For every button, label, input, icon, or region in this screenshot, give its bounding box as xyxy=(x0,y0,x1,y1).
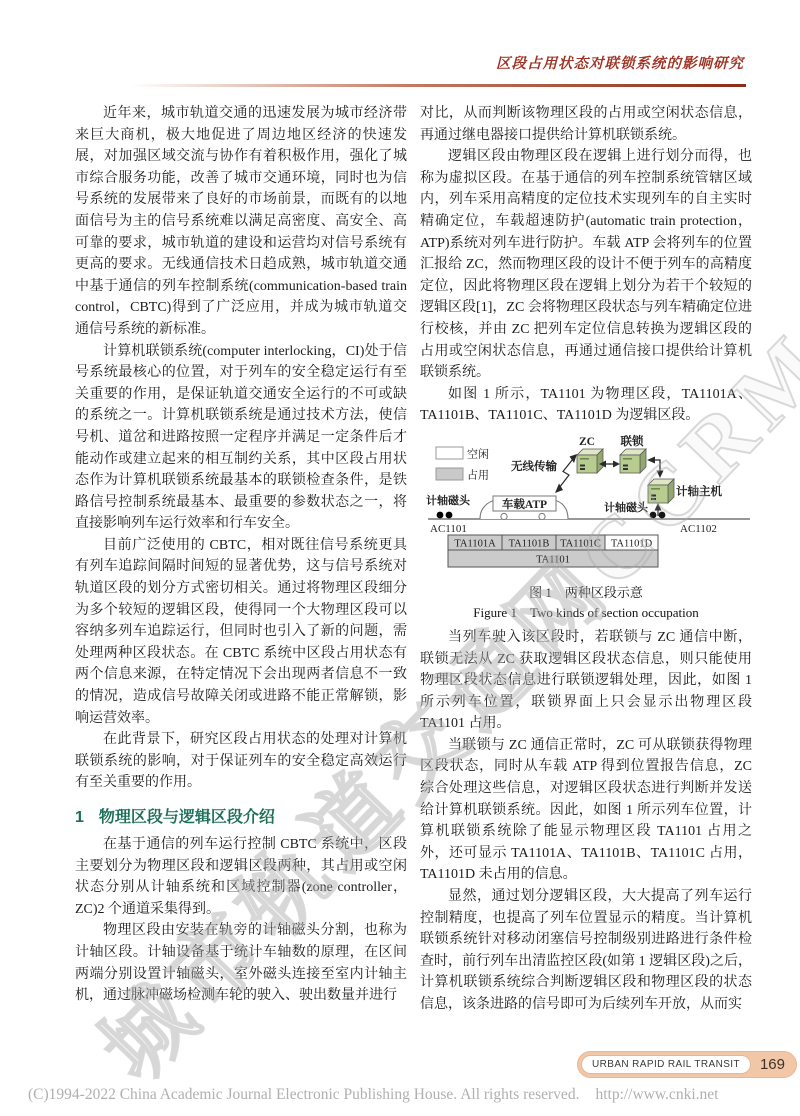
paragraph: 逻辑区段由物理区段在逻辑上进行划分而得，也称为虚拟区段。在基于通信的列车控制系统… xyxy=(420,146,752,384)
axle-head-dots xyxy=(650,512,657,519)
figure-caption-en: Figure 1 Two kinds of section occupation xyxy=(420,603,752,623)
paragraph: 显然，通过划分逻辑区段，大大提高了列车运行控制精度，也提高了列车位置显示的精度。… xyxy=(420,886,752,1016)
paragraph: 物理区段由安装在轨旁的计轴磁头分割，也称为计轴区段。计轴设备基于统计车轴数的原理… xyxy=(75,920,407,1006)
legend-occupied-label: 占用 xyxy=(467,467,489,481)
journal-name: URBAN RAPID RAIL TRANSIT xyxy=(581,1055,751,1074)
section-heading: 1物理区段与逻辑区段介绍 xyxy=(75,804,407,827)
section-number: 1 xyxy=(75,809,84,826)
axle-host-server-icon xyxy=(648,479,674,503)
legend-occupied-swatch xyxy=(436,468,463,480)
header-rule xyxy=(130,84,746,87)
physical-section-label: TA1101 xyxy=(536,554,570,565)
axle-head-dots xyxy=(446,512,453,519)
journal-badge: URBAN RAPID RAIL TRANSIT 169 xyxy=(577,1051,797,1078)
onboard-atp-label: 车载ATP xyxy=(502,497,547,511)
axle-head-left-label: 计轴磁头 xyxy=(426,493,471,507)
logical-section-label: TA1101C xyxy=(560,538,601,549)
train-wheel-icon xyxy=(539,513,545,519)
train-wheel-icon xyxy=(501,513,507,519)
zc-server-icon xyxy=(577,449,603,473)
axle-head-right-label: 计轴磁头 xyxy=(604,500,649,514)
paragraph: 在基于通信的列车运行控制 CBTC 系统中，区段主要划分为物理区段和逻辑区段两种… xyxy=(75,834,407,920)
paragraph: 目前广泛使用的 CBTC，相对既往信号系统更具有列车追踪间隔时间短的显著优势，这… xyxy=(75,535,407,729)
paragraph: 当联锁与 ZC 通信正常时，ZC 可从联锁获得物理区段状态，同时从车载 ATP … xyxy=(420,735,752,886)
arrowhead xyxy=(657,470,664,478)
arrowhead xyxy=(655,503,662,511)
axle-head-dots xyxy=(659,512,666,519)
zc-label: ZC xyxy=(579,436,595,448)
axle-host-label: 计轴主机 xyxy=(676,484,722,498)
page: 区段占用状态对联锁系统的影响研究 城市轨道交通网CCRM 近年来，城市轨道交通的… xyxy=(0,0,800,1116)
figure-caption-zh: 图 1 两种区段示意 xyxy=(420,583,752,603)
running-title: 区段占用状态对联锁系统的影响研究 xyxy=(496,52,744,73)
axle-head-dots xyxy=(437,512,444,519)
section-title: 物理区段与逻辑区段介绍 xyxy=(99,809,275,826)
left-column: 近年来，城市轨道交通的迅速发展为城市经济带来巨大商机，极大地促进了周边地区经济的… xyxy=(75,103,407,1007)
legend-free-label: 空闲 xyxy=(467,446,489,460)
paragraph: 在此背景下，研究区段占用状态的处理对计算机联锁系统的影响，对于保证列车的安全稳定… xyxy=(75,729,407,794)
ac-left-label: AC1101 xyxy=(430,523,467,535)
interlocking-server-icon xyxy=(620,449,646,473)
logical-section-label: TA1101B xyxy=(509,538,550,549)
paragraph: 对比，从而判断该物理区段的占用或空闲状态信息，再通过继电器接口提供给计算机联锁系… xyxy=(420,103,752,146)
copyright-text: (C)1994-2022 China Academic Journal Elec… xyxy=(28,1086,579,1103)
arrowhead xyxy=(647,456,655,463)
logical-section-label: TA1101D xyxy=(611,538,653,549)
paragraph: 如图 1 所示，TA1101 为物理区段，TA1101A、TA1101B、TA1… xyxy=(420,384,752,427)
legend-free-swatch xyxy=(436,447,463,459)
interlocking-label: 联锁 xyxy=(621,434,644,448)
footer-url: http://www.cnki.net xyxy=(595,1086,718,1103)
paragraph: 计算机联锁系统(computer interlocking，CI)处于信号系统最… xyxy=(75,341,407,535)
wireless-label: 无线传输 xyxy=(511,459,557,473)
right-column: 对比，从而判断该物理区段的占用或空闲状态信息，再通过继电器接口提供给计算机联锁系… xyxy=(420,103,752,1016)
section-diagram: 车载ATP 空闲 占用 无线传输 ZC 联锁 xyxy=(420,433,752,578)
lightning-icon xyxy=(559,459,573,488)
arrowhead xyxy=(613,460,620,467)
logical-section-label: TA1101A xyxy=(454,538,496,549)
paragraph: 近年来，城市轨道交通的迅速发展为城市经济带来巨大商机，极大地促进了周边地区经济的… xyxy=(75,103,407,341)
figure-1: 车载ATP 空闲 占用 无线传输 ZC 联锁 xyxy=(420,433,752,623)
paragraph: 当列车驶入该区段时，若联锁与 ZC 通信中断，联锁无法从 ZC 获取逻辑区段状态… xyxy=(420,627,752,735)
page-number: 169 xyxy=(760,1056,785,1073)
ac-right-label: AC1102 xyxy=(680,523,717,535)
footer-copyright: (C)1994-2022 China Academic Journal Elec… xyxy=(28,1086,718,1104)
